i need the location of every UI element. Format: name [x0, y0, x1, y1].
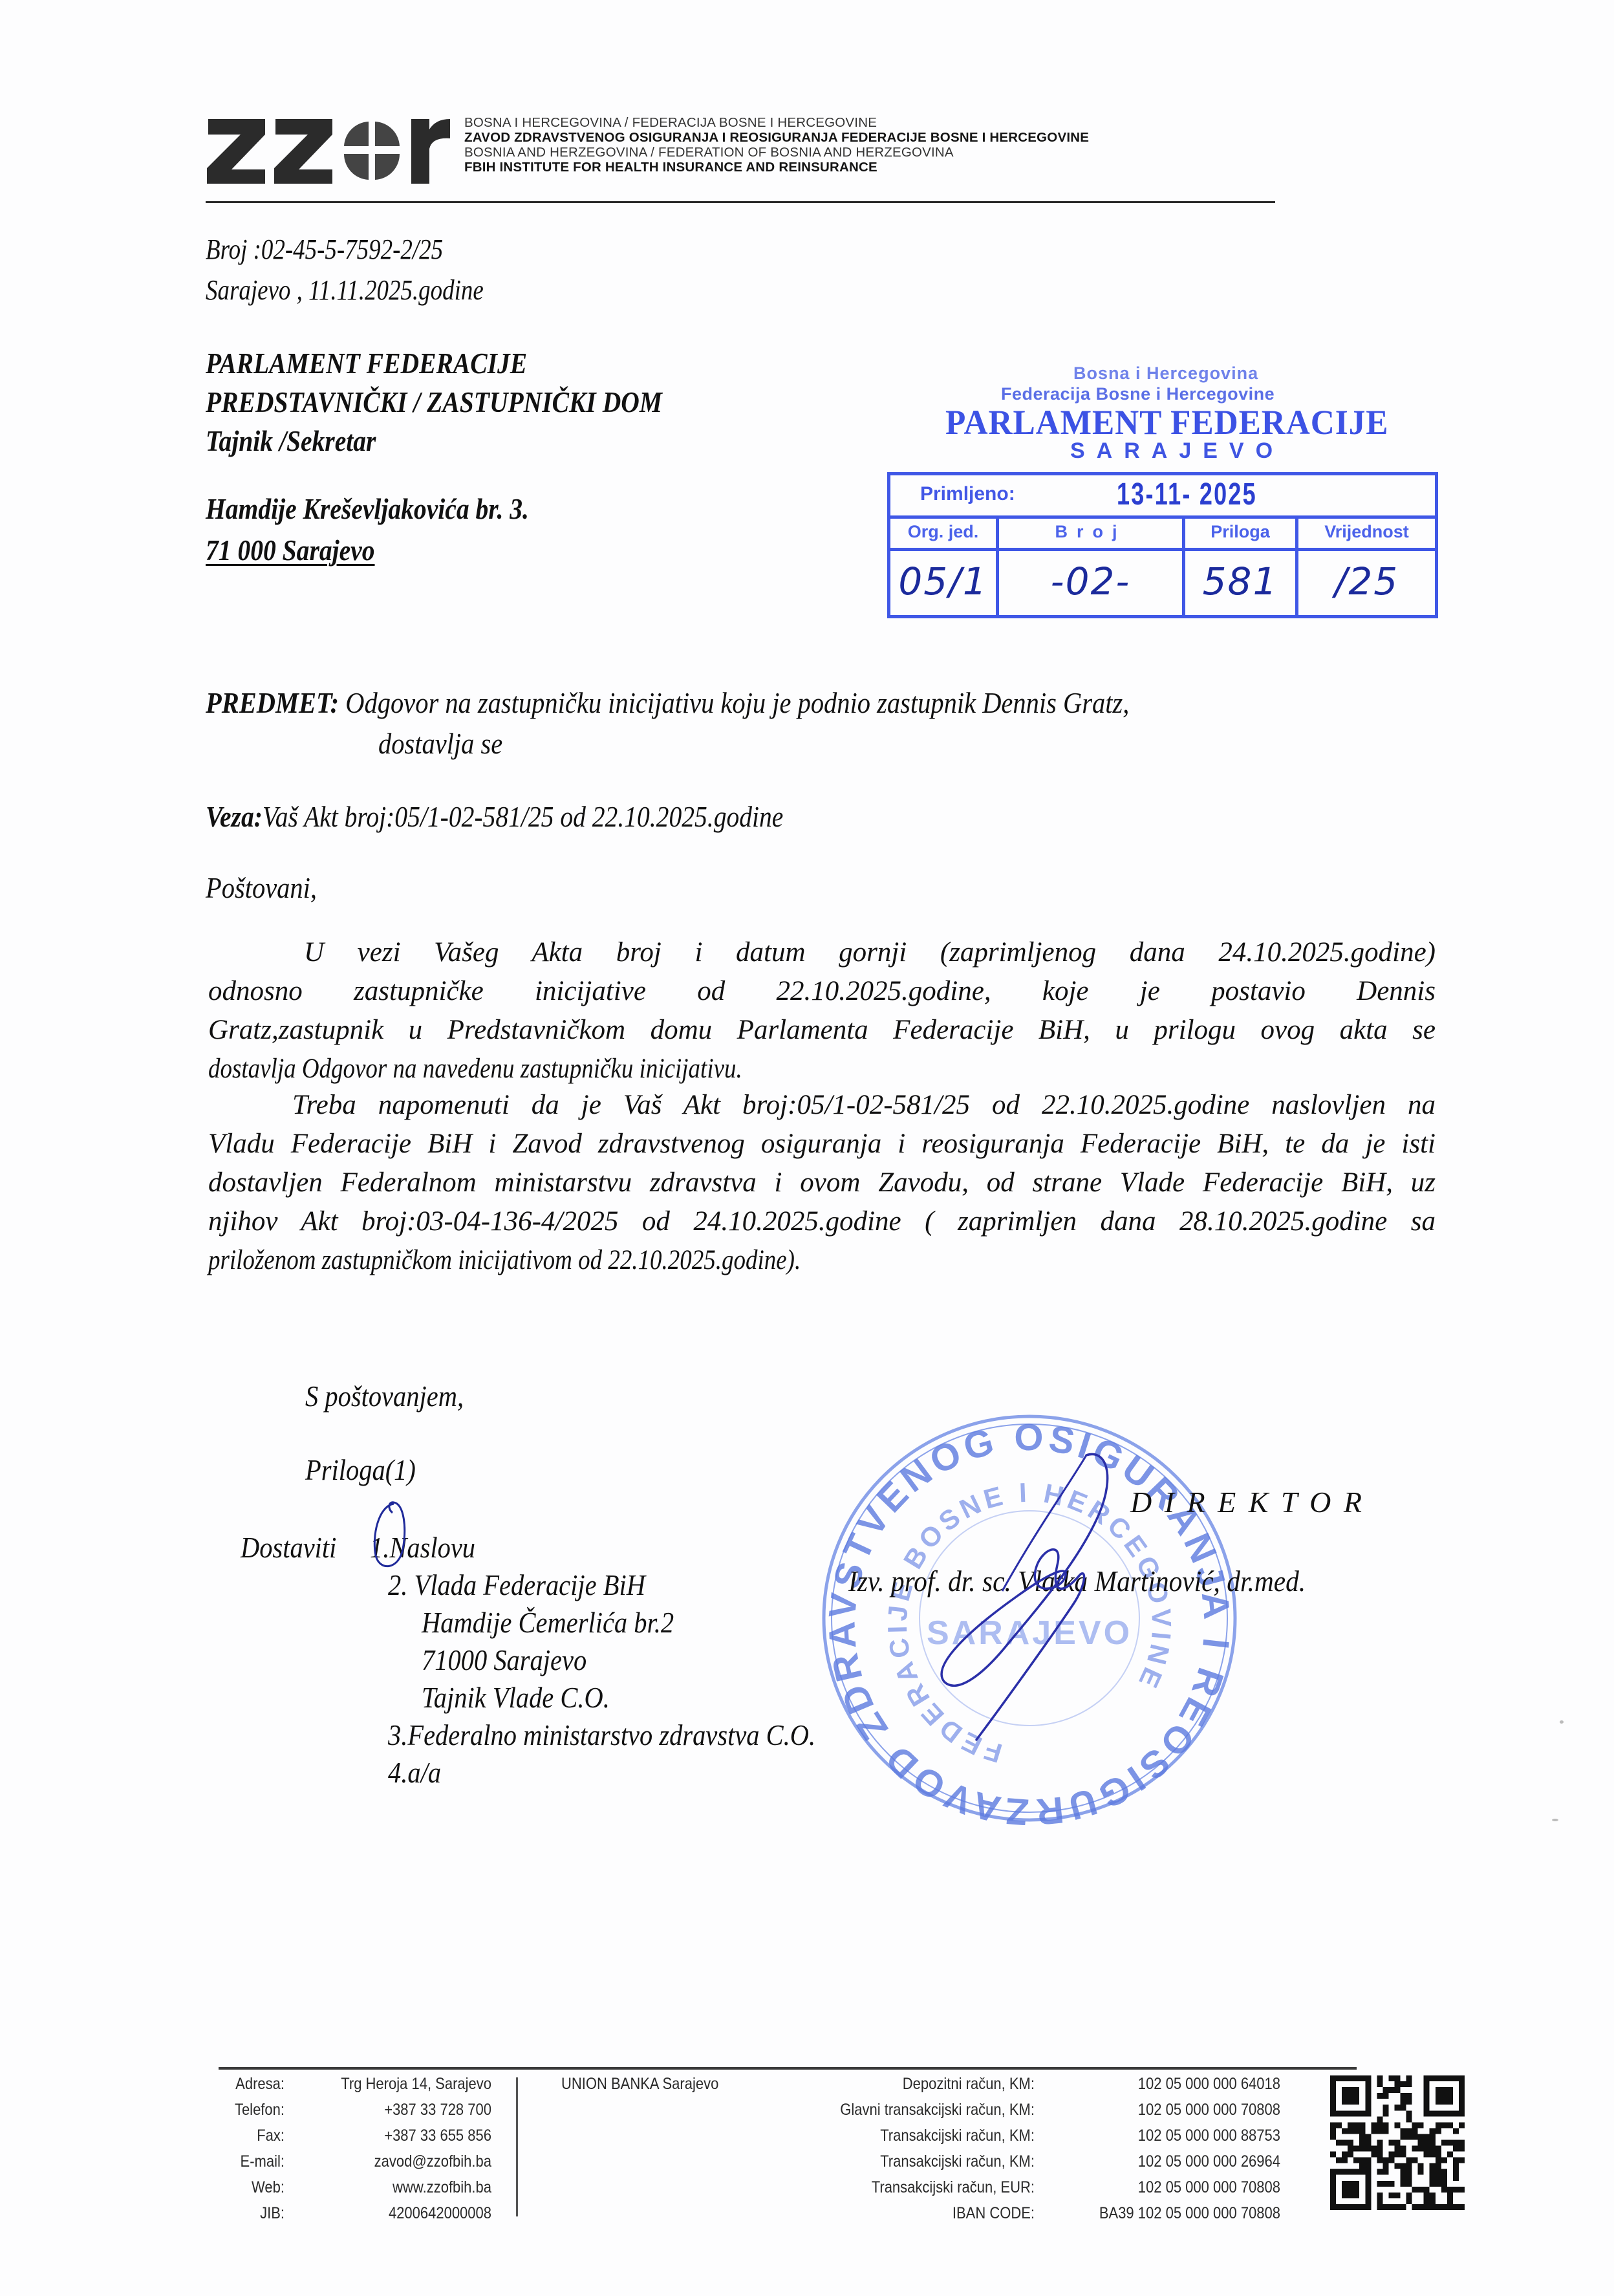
stamp-value-row: 05/1 -02- 581 /25 — [890, 548, 1435, 615]
footer-label: E-mail: — [193, 2152, 285, 2171]
footer-bank-name: UNION BANKA Sarajevo — [561, 2075, 718, 2094]
account-number: 102 05 000 000 70808 — [1053, 2178, 1280, 2197]
stamp-country: Bosna i Hercegovina — [1073, 363, 1258, 384]
account-label: Transakcijski račun, KM: — [750, 2127, 1035, 2145]
delivery-label: Dostaviti — [241, 1530, 336, 1565]
stamp-header-attachments: Priloga — [1185, 515, 1298, 548]
footer-label: Web: — [193, 2178, 285, 2197]
subject-text-continued: dostavlja se — [378, 726, 502, 761]
recipient-line-2: PREDSTAVNIČKI / ZASTUPNIČKI DOM — [206, 385, 662, 419]
place-and-date: Sarajevo , 11.11.2025.godine — [206, 274, 484, 307]
scan-speck — [1552, 1819, 1558, 1821]
delivery-item-2-attn: Tajnik Vlade C.O. — [422, 1680, 610, 1715]
stamp-header-value: Vrijednost — [1298, 515, 1435, 548]
body-line: Gratz,zastupnik u Predstavničkom domu Pa… — [208, 1014, 1436, 1046]
stamp-value-value: /25 — [1298, 548, 1435, 615]
received-label: Primljeno: — [920, 483, 1015, 505]
footer-label: Telefon: — [193, 2101, 285, 2119]
footer-address: Trg Heroja 14, Sarajevo — [321, 2075, 491, 2094]
letterhead-line-3: BOSNIA AND HERZEGOVINA / FEDERATION OF B… — [464, 145, 954, 160]
delivery-item-2-city: 71000 Sarajevo — [422, 1643, 586, 1677]
letterhead-line-4: FBIH INSTITUTE FOR HEALTH INSURANCE AND … — [464, 160, 877, 175]
footer-label: JIB: — [193, 2204, 285, 2223]
letterhead-line-2: ZAVOD ZDRAVSTVENOG OSIGURANJA I REOSIGUR… — [464, 130, 1089, 146]
account-label: Transakcijski račun, EUR: — [750, 2178, 1035, 2197]
account-number: 102 05 000 000 70808 — [1053, 2101, 1280, 2119]
body-line: Treba napomenuti da je Vaš Akt broj:05/1… — [292, 1089, 1436, 1121]
body-line: Vladu Federacije BiH i Zavod zdravstveno… — [208, 1128, 1436, 1160]
account-label: Transakcijski račun, KM: — [750, 2152, 1035, 2171]
stamp-header-number: Broj — [999, 515, 1185, 548]
handwritten-signature — [892, 1436, 1229, 1772]
letterhead-line-1: BOSNA I HERCEGOVINA / FEDERACIJA BOSNE I… — [464, 115, 877, 131]
handwritten-circle-mark — [365, 1497, 417, 1575]
body-line: dostavlja Odgovor na navedenu zastupničk… — [208, 1053, 742, 1085]
institute-logo — [206, 115, 451, 186]
stamp-parliament: PARLAMENT FEDERACIJE — [945, 402, 1388, 442]
stamp-city: SARAJEVO — [1070, 439, 1284, 464]
subject-line: PREDMET: Odgovor na zastupničku inicijat… — [206, 686, 1129, 720]
footer-separator — [516, 2077, 518, 2216]
account-number: 102 05 000 000 88753 — [1053, 2127, 1280, 2145]
attachments-count: Priloga(1) — [305, 1453, 416, 1487]
stamp-org-unit-value: 05/1 — [890, 548, 999, 615]
account-label: Glavni transakcijski račun, KM: — [750, 2101, 1035, 2119]
stamp-header-org-unit: Org. jed. — [890, 515, 999, 548]
delivery-item-2-address: Hamdije Čemerlića br.2 — [422, 1605, 674, 1640]
reference-link-label: Veza: — [206, 800, 263, 833]
stamp-registry-box: Primljeno: 13-11- 2025 Org. jed. Broj Pr… — [887, 472, 1438, 618]
account-number: 102 05 000 000 26964 — [1053, 2152, 1280, 2171]
footer-label: Fax: — [193, 2127, 285, 2145]
recipient-line-3: Tajnik /Sekretar — [206, 424, 376, 458]
footer-label: Adresa: — [193, 2075, 285, 2094]
iban-number: BA39 102 05 000 000 70808 — [1053, 2204, 1280, 2223]
stamp-header-row: Org. jed. Broj Priloga Vrijednost — [890, 515, 1435, 551]
footer-phone: +387 33 728 700 — [321, 2101, 491, 2119]
recipient-line-1: PARLAMENT FEDERACIJE — [206, 346, 527, 380]
delivery-item-3: 3.Federalno ministarstvo zdravstva C.O. — [388, 1718, 815, 1752]
subject-text: Odgovor na zastupničku inicijativu koju … — [345, 686, 1129, 719]
footer-jib: 4200642000008 — [321, 2204, 491, 2223]
account-number: 102 05 000 000 64018 — [1053, 2075, 1280, 2094]
stamp-number-value: -02- — [999, 548, 1185, 615]
delivery-item-4: 4.a/a — [388, 1755, 441, 1790]
qr-code[interactable] — [1324, 2070, 1470, 2216]
received-date: 13-11- 2025 — [1117, 477, 1257, 512]
recipient-address-2: 71 000 Sarajevo — [206, 533, 375, 567]
stamp-federation: Federacija Bosne i Hercegovine — [1001, 384, 1275, 404]
stamp-received-row: Primljeno: 13-11- 2025 — [890, 475, 1435, 519]
account-label: Depozitni račun, KM: — [750, 2075, 1035, 2094]
body-line: dostavljen Federalnom ministarstvu zdrav… — [208, 1167, 1436, 1198]
scan-speck — [1560, 1720, 1564, 1724]
recipient-address-1: Hamdije Kreševljakovića br. 3. — [206, 492, 529, 526]
footer-fax: +387 33 655 856 — [321, 2127, 491, 2145]
stamp-attachments-value: 581 — [1185, 548, 1298, 615]
footer-email[interactable]: zavod@zzofbih.ba — [321, 2152, 491, 2171]
closing-regards: S poštovanjem, — [305, 1379, 464, 1413]
salutation: Poštovani, — [206, 871, 317, 905]
account-label: IBAN CODE: — [750, 2204, 1035, 2223]
reference-link-text: Vaš Akt broj:05/1-02-581/25 od 22.10.202… — [263, 800, 783, 833]
body-line: U vezi Vašeg Akta broj i datum gornji (z… — [304, 937, 1436, 968]
body-line: odnosno zastupničke inicijative od 22.10… — [208, 975, 1436, 1007]
delivery-item-2: 2. Vlada Federacije BiH — [388, 1568, 645, 1602]
body-line: priloženom zastupničkom inicijativom od … — [208, 1244, 801, 1276]
footer-divider — [219, 2067, 1357, 2070]
body-line: njihov Akt broj:03-04-136-4/2025 od 24.1… — [208, 1206, 1436, 1237]
header-divider — [206, 201, 1275, 203]
reference-link: Veza:Vaš Akt broj:05/1-02-581/25 od 22.1… — [206, 799, 783, 834]
subject-label: PREDMET: — [206, 686, 339, 719]
footer-website[interactable]: www.zzofbih.ba — [321, 2178, 491, 2197]
document-number: Broj :02-45-5-7592-2/25 — [206, 233, 443, 266]
